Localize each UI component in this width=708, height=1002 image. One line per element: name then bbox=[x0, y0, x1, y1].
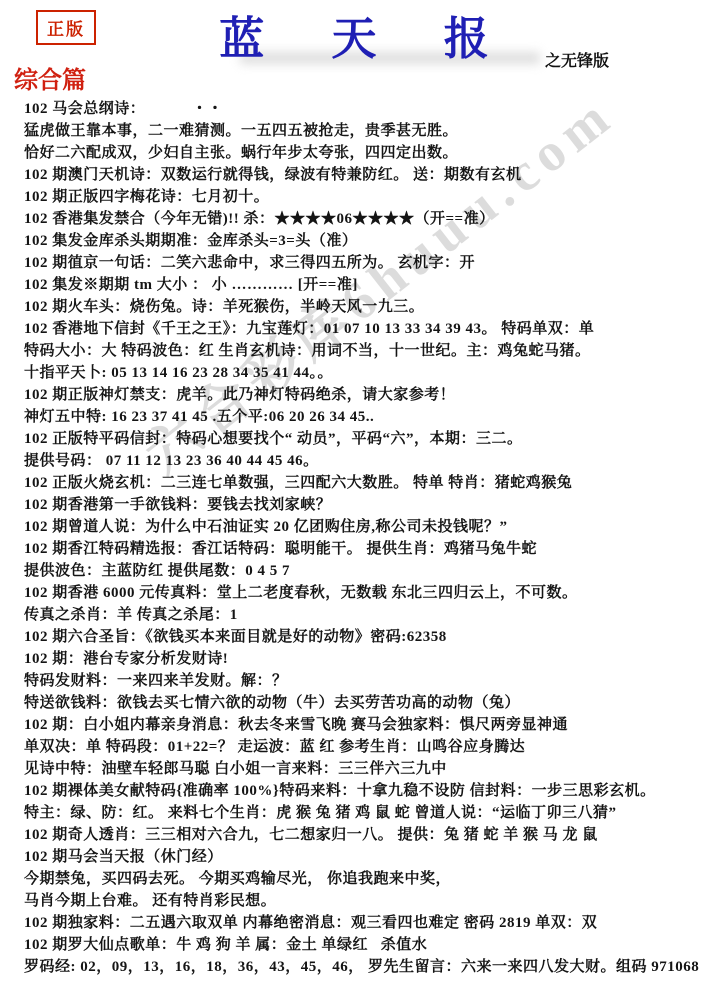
report-line: 102 期六合圣旨：《欲钱买本来面目就是好的动物》密码:62358 bbox=[24, 626, 690, 648]
report-line: 102 期火车头：烧伤兔。诗：羊死猴伤，半岭天风一九三。 bbox=[24, 296, 690, 318]
report-line: 102 期罗大仙点歌单：牛 鸡 狗 羊 属：金土 单绿红 杀值水 bbox=[24, 934, 690, 956]
report-line: 102 期正版四字梅花诗：七月初十。 bbox=[24, 186, 690, 208]
report-line: 传真之杀肖：羊 传真之杀尾：1 bbox=[24, 604, 690, 626]
report-line: 提供波色：主蓝防红 提供尾数：0 4 5 7 bbox=[24, 560, 690, 582]
report-line: 102 期香江特码精选报：香江话特码：聪明能干。 提供生肖：鸡猪马兔牛蛇 bbox=[24, 538, 690, 560]
report-line: 102 香港集发禁合（今年无错)!! 杀：★★★★06★★★★（开==准） bbox=[24, 208, 690, 230]
newspaper-page: 正版 蓝 天 报 之无锋版 综合篇 六合彩库6huuu.com 102 马会总纲… bbox=[0, 0, 708, 1002]
report-line: 102 期澳门天机诗：双数运行就得钱，绿波有特兼防红。 送：期数有玄机 bbox=[24, 164, 690, 186]
report-line: 十指平天卜: 05 13 14 16 23 28 34 35 41 44。。 bbox=[24, 362, 690, 384]
section-heading: 综合篇 bbox=[14, 60, 86, 95]
report-line: 102 期：港台专家分析发财诗! bbox=[24, 648, 690, 670]
report-line: 102 期香港第一手欲钱料：要钱去找刘家峡？ bbox=[24, 494, 690, 516]
report-line: 102 集发金库杀头期期准：金库杀头=3=头（准） bbox=[24, 230, 690, 252]
report-body: 102 马会总纲诗： ・・猛虎做王靠本事，二一难猜测。一五四五被抢走，贵季甚无胜… bbox=[24, 98, 690, 978]
report-line: 马肖今期上台难。 还有特肖彩民想。 bbox=[24, 890, 690, 912]
report-line: 102 期独家料：二五遇六取双单 内幕绝密消息：观三看四也难定 密码 2819 … bbox=[24, 912, 690, 934]
report-line: 猛虎做王靠本事，二一难猜测。一五四五被抢走，贵季甚无胜。 bbox=[24, 120, 690, 142]
report-line: 恰好二六配成双，少妇自主张。蜗行年步太夸张，四四定出数。 bbox=[24, 142, 690, 164]
report-line: 102 集发※期期 tm 大小 ： 小 ………… [开==准] bbox=[24, 274, 690, 296]
report-line: 见诗中特：油壁车轻郎马聪 白小姐一言来料：三三伴六三九中 bbox=[24, 758, 690, 780]
report-line: 特送欲钱料：欲钱去买七情六欲的动物（牛）去买劳苦功高的动物（兔） bbox=[24, 692, 690, 714]
report-line: 提供号码： 07 11 12 13 23 36 40 44 45 46。 bbox=[24, 450, 690, 472]
report-line: 102 正版火烧玄机：二三连七单数强，三四配六大数胜。 特单 特肖：猪蛇鸡猴兔 bbox=[24, 472, 690, 494]
report-line: 神灯五中特: 16 23 37 41 45 .五个平:06 20 26 34 4… bbox=[24, 406, 690, 428]
report-line: 特主：绿、防：红。 来料七个生肖：虎 猴 兔 猪 鸡 鼠 蛇 曾道人说：“运临丁… bbox=[24, 802, 690, 824]
report-line: 102 正版特平码信封：特码心想要找个“ 动员”，平码“六”，本期：三二。 bbox=[24, 428, 690, 450]
report-line: 102 期马会当天报（休门经） bbox=[24, 846, 690, 868]
report-line: 102 香港地下信封《千王之王》：九宝莲灯：01 07 10 13 33 34 … bbox=[24, 318, 690, 340]
report-line: 特码大小：大 特码波色：红 生肖玄机诗：用词不当，十一世纪。主：鸡兔蛇马猪。 bbox=[24, 340, 690, 362]
report-line: 102 期：白小姐内幕亲身消息：秋去冬来雪飞晚 赛马会独家料：惧尺两旁显神通 bbox=[24, 714, 690, 736]
report-line: 特码发财料：一来四来羊发财。解：？ bbox=[24, 670, 690, 692]
edition-label: 之无锋版 bbox=[545, 48, 609, 71]
report-line: 102 马会总纲诗： ・・ bbox=[24, 98, 690, 120]
report-line: 102 期香港 6000 元传真料：堂上二老度春秋，无数载 东北三四归云上，不可… bbox=[24, 582, 690, 604]
report-line: 罗码经: 02，09，13，16，18，36，43，45，46， 罗先生留言：六… bbox=[24, 956, 690, 978]
report-line: 单双决：单 特码段：01+22=？ 走运波：蓝 红 参考生肖：山鸣谷应身腾达 bbox=[24, 736, 690, 758]
report-line: 102 期裸体美女献特码{准确率 100%}特码来料：十拿九稳不设防 信封料：一… bbox=[24, 780, 690, 802]
report-line: 今期禁兔，买四码去死。 今期买鸡输尽光， 你追我跑来中奖， bbox=[24, 868, 690, 890]
report-line: 102 期奇人透肖：三三相对六合九，七二想家归一八。 提供：兔 猪 蛇 羊 猴 … bbox=[24, 824, 690, 846]
report-line: 102 期徝京一句话：二笑六悲命中，求三得四五所为。 玄机字：开 bbox=[24, 252, 690, 274]
report-line: 102 期正版神灯禁支：虎羊。此乃神灯特码绝杀，请大家参考！ bbox=[24, 384, 690, 406]
report-line: 102 期曾道人说：为什么中石油证实 20 亿团购住房,称公司未投钱呢？” bbox=[24, 516, 690, 538]
